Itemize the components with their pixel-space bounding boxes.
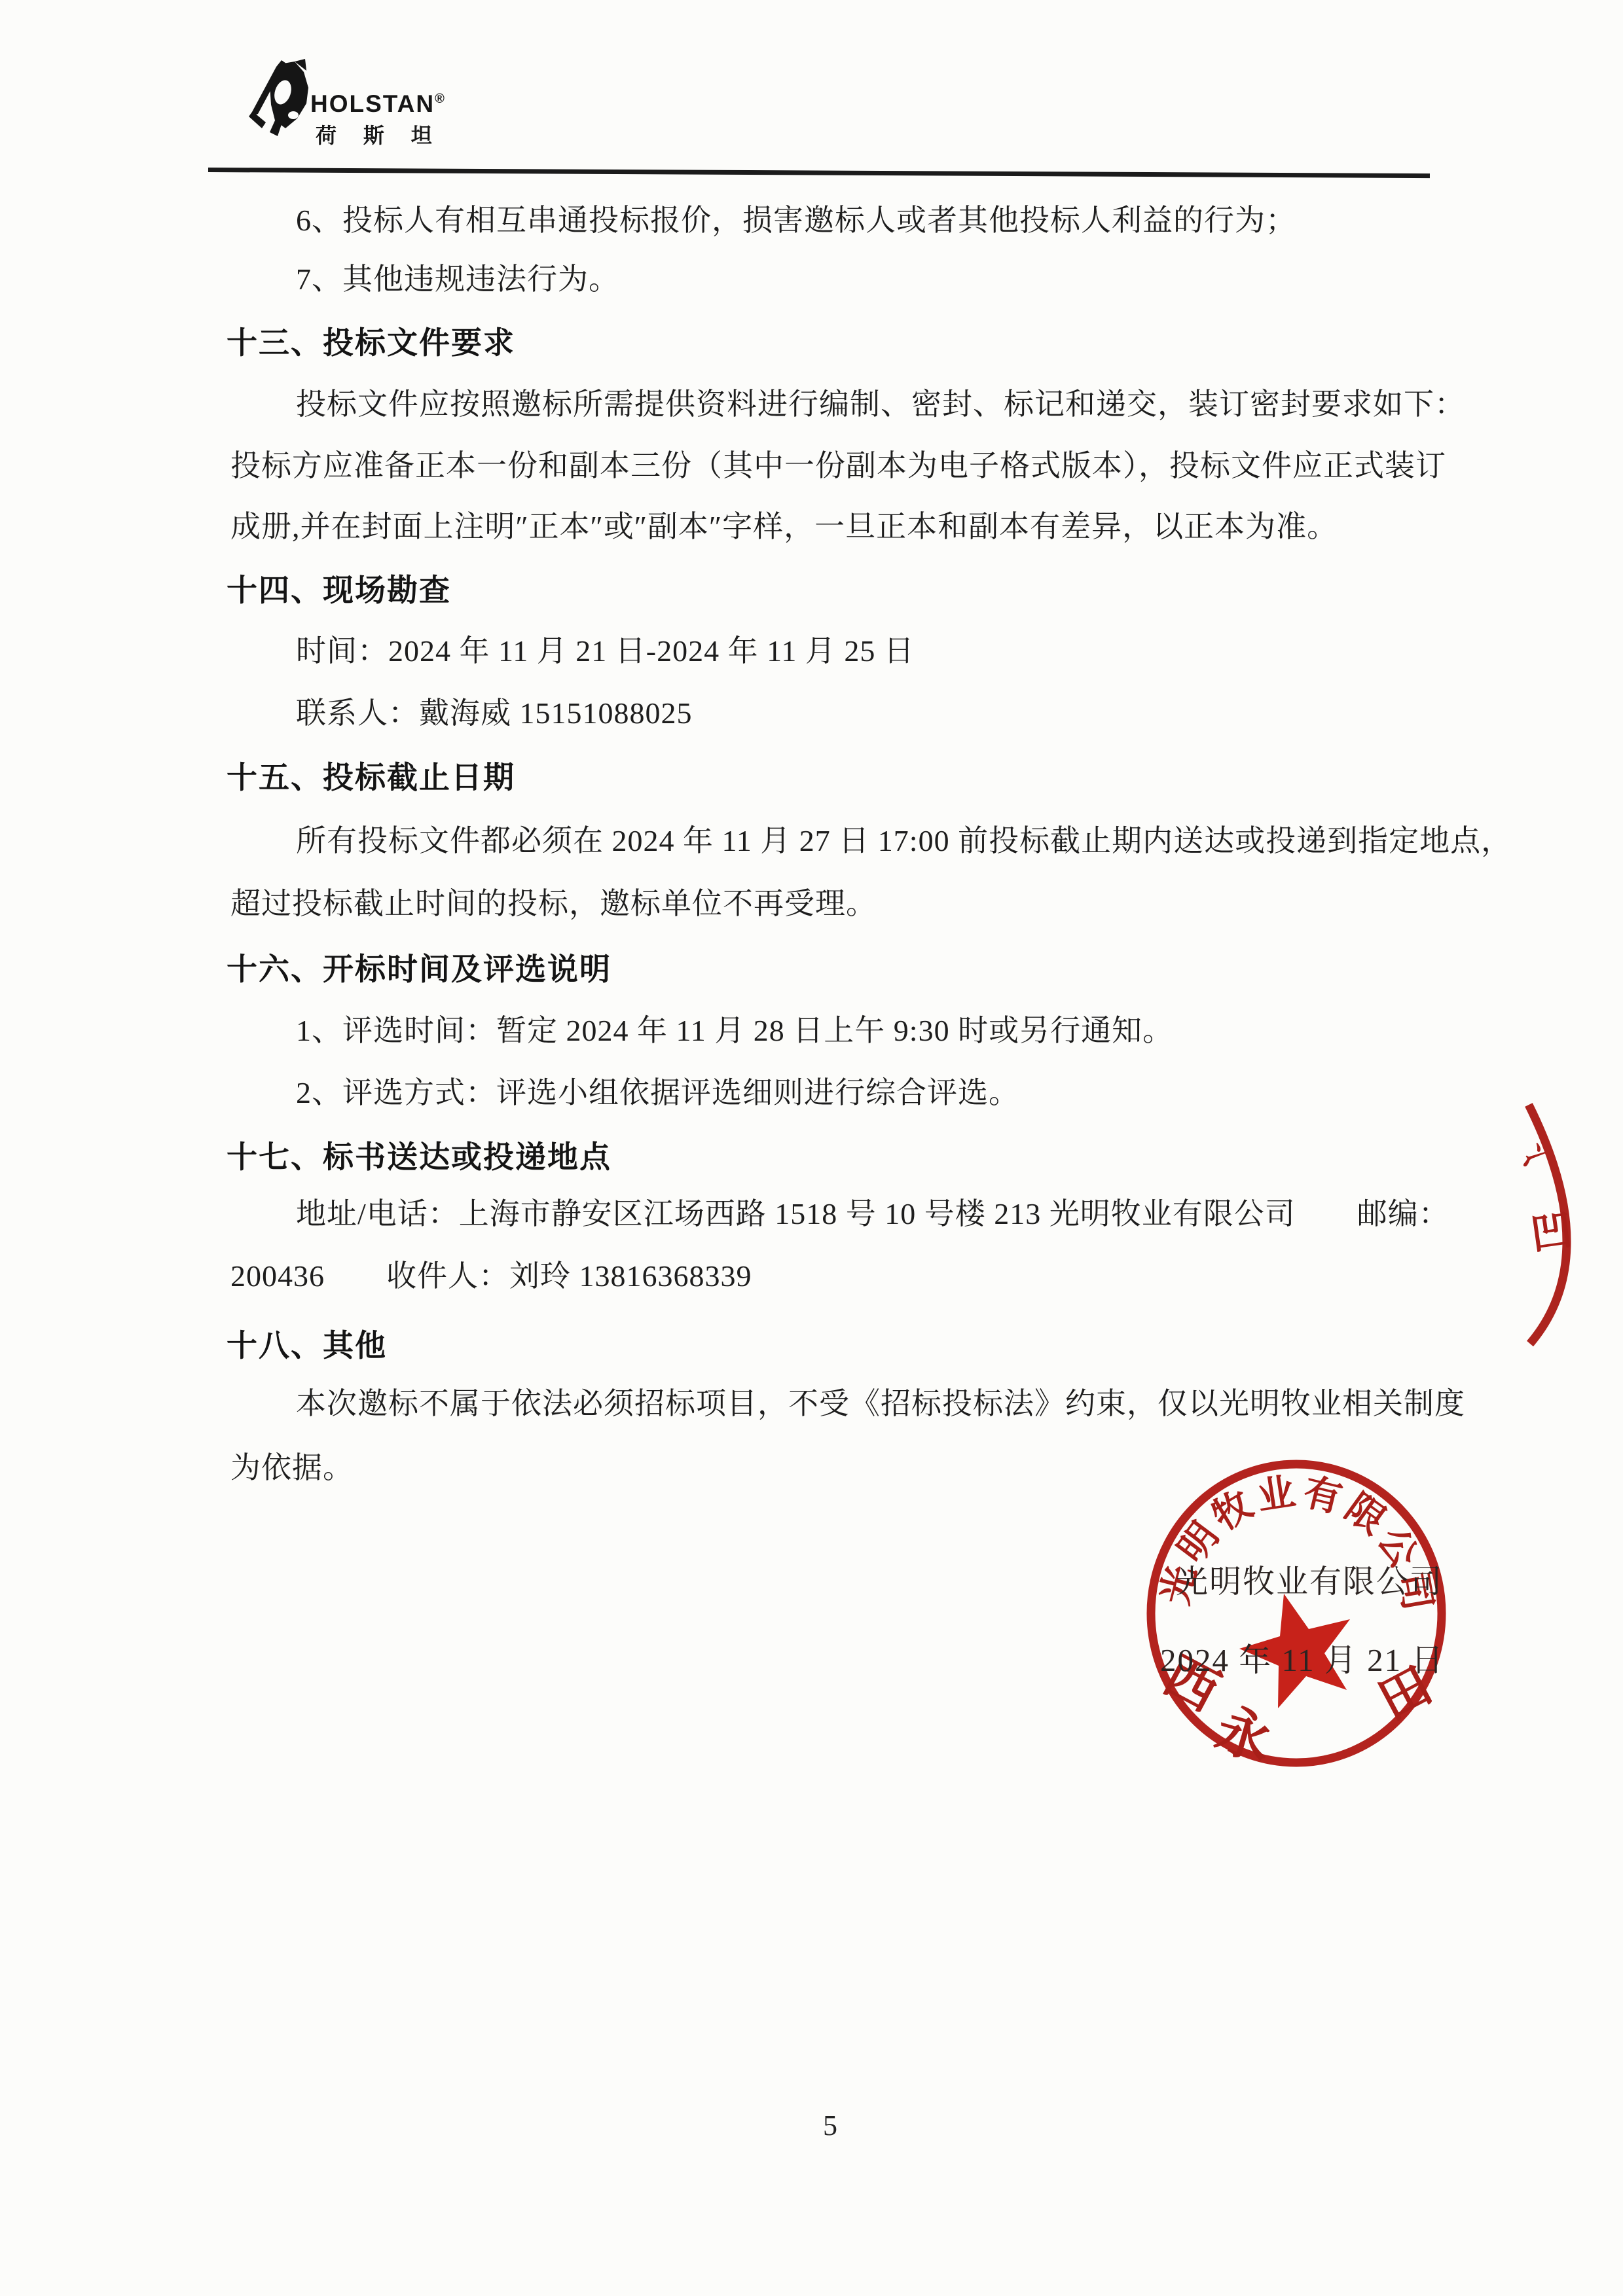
- section-heading-13: 十三、投标文件要求: [227, 326, 515, 360]
- body-line: 联系人：戴海威 15151088025: [296, 697, 693, 730]
- page-number: 5: [811, 2109, 850, 2142]
- partial-edge-seal: 冫 凹: [1506, 1093, 1623, 1355]
- body-line: 成册,并在封面上注明″正本″或″副本″字样，一旦正本和副本有差异，以正本为准。: [230, 511, 1338, 544]
- body-line: 1、评选时间：暂定 2024 年 11 月 28 日上午 9:30 时或另行通知…: [296, 1014, 1173, 1048]
- section-heading-15: 十五、投标截止日期: [227, 761, 515, 795]
- signature-date: 2024 年 11 月 21 日: [1160, 1635, 1444, 1681]
- scanned-document-page: HOLSTAN® 荷 斯 坦 6、投标人有相互串通投标报价，损害邀标人或者其他投…: [0, 0, 1623, 2296]
- section-heading-17: 十七、标书送达或投递地点: [227, 1140, 611, 1174]
- section-heading-16: 十六、开标时间及评选说明: [227, 952, 611, 986]
- body-line: 地址/电话：上海市静安区江场西路 1518 号 10 号楼 213 光明牧业有限…: [296, 1198, 1450, 1231]
- body-line: 时间：2024 年 11 月 21 日-2024 年 11 月 25 日: [296, 635, 915, 668]
- body-line: 投标文件应按照邀标所需提供资料进行编制、密封、标记和递交，装订密封要求如下：: [296, 388, 1465, 422]
- body-line: 投标方应准备正本一份和副本三份（其中一份副本为电子格式版本），投标文件应正式装订: [230, 450, 1446, 483]
- body-line: 本次邀标不属于依法必须招标项目，不受《招标投标法》约束，仅以光明牧业相关制度: [296, 1388, 1465, 1421]
- section-heading-14: 十四、现场勘查: [227, 573, 451, 607]
- registered-mark: ®: [435, 92, 446, 106]
- body-line: 200436 收件人：刘玲 13816368339: [230, 1260, 752, 1293]
- body-line: 为依据。: [230, 1452, 354, 1485]
- edge-seal-char: 凹: [1528, 1208, 1575, 1258]
- section-heading-18: 十八、其他: [227, 1329, 387, 1363]
- body-line: 超过投标截止时间的投标，邀标单位不再受理。: [230, 888, 877, 921]
- signature-company: 光明牧业有限公司: [1176, 1556, 1443, 1602]
- brand-name: HOLSTAN®: [310, 90, 446, 118]
- body-line: 7、其他违规违法行为。: [296, 263, 619, 296]
- company-seal: 光明牧业有限公司 西 永 田: [1139, 1456, 1453, 1770]
- brand-text: HOLSTAN: [310, 90, 435, 117]
- header-divider: [208, 168, 1430, 178]
- body-line: 所有投标文件都必须在 2024 年 11 月 27 日 17:00 前投标截止期…: [296, 825, 1512, 858]
- holstan-logo: HOLSTAN® 荷 斯 坦: [244, 56, 479, 168]
- brand-name-chinese: 荷 斯 坦: [316, 119, 443, 149]
- body-line: 6、投标人有相互串通投标报价，损害邀标人或者其他投标人利益的行为；: [296, 204, 1296, 238]
- body-line: 2、评选方式：评选小组依据评选细则进行综合评选。: [296, 1077, 1019, 1110]
